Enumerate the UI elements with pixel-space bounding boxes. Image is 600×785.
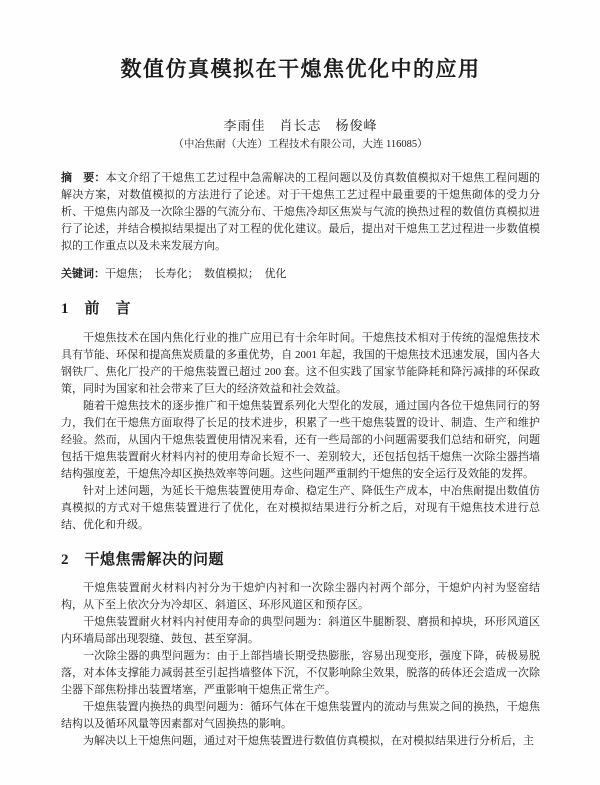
abstract-paragraph: 摘 要：本文介绍了干熄焦工艺过程中急需解决的工程问题以及仿真数值模拟对干熄焦工程… [61,170,540,255]
section-2-paragraph: 干熄焦装置内换热的典型问题为：循环气体在干熄焦装置内的流动与焦炭之间的换热，干熄… [61,699,540,733]
section-1-paragraph: 随着干熄焦技术的逐步推广和干熄焦装置系列化大型化的发展，通过国内各位干熄焦同行的… [61,398,540,483]
authors-line: 李雨佳 肖长志 杨俊峰 [61,118,540,134]
section-1-heading: 1 前 言 [61,300,540,320]
section-2-paragraph: 一次除尘器的典型问题为：由于上部挡墙长期受热膨胀，容易出现变形，强度下降，砖极易… [61,648,540,699]
section-1-paragraph: 干熄焦技术在国内焦化行业的推广应用已有十余年时间。干熄焦技术相对于传统的湿熄焦技… [61,330,540,398]
section-2-heading: 2 干熄焦需解决的问题 [61,551,540,571]
section-2-paragraph: 为解决以上干熄焦问题，通过对干熄焦装置进行数值仿真模拟，在对模拟结果进行分析后，… [61,733,540,750]
paper-title: 数值仿真模拟在干熄焦优化中的应用 [61,56,540,83]
section-1-paragraph: 针对上述问题，为延长干熄焦装置使用寿命、稳定生产、降低生产成本，中冶焦耐提出数值… [61,483,540,534]
keywords-label: 关键词： [61,268,105,280]
abstract-text: 本文介绍了干熄焦工艺过程中急需解决的工程问题以及仿真数值模拟对干熄焦工程问题的解… [61,172,540,252]
affiliation-line: （中冶焦耐（大连）工程技术有限公司，大连 116085） [61,139,540,152]
abstract-label: 摘 要： [61,172,106,184]
paper-page: 数值仿真模拟在干熄焦优化中的应用 李雨佳 肖长志 杨俊峰 （中冶焦耐（大连）工程… [0,0,600,785]
keywords-line: 关键词：干熄焦； 长寿化； 数值模拟； 优化 [61,266,540,283]
keywords-text: 干熄焦； 长寿化； 数值模拟； 优化 [105,268,287,280]
section-2-paragraph: 干熄焦装置耐火材料内衬分为干熄炉内衬和一次除尘器内衬两个部分，干熄炉内衬为竖窑结… [61,580,540,614]
section-2-paragraph: 干熄焦装置耐火材料内衬使用寿命的典型问题为：斜道区牛腿断裂、磨损和掉块，环形风道… [61,614,540,648]
